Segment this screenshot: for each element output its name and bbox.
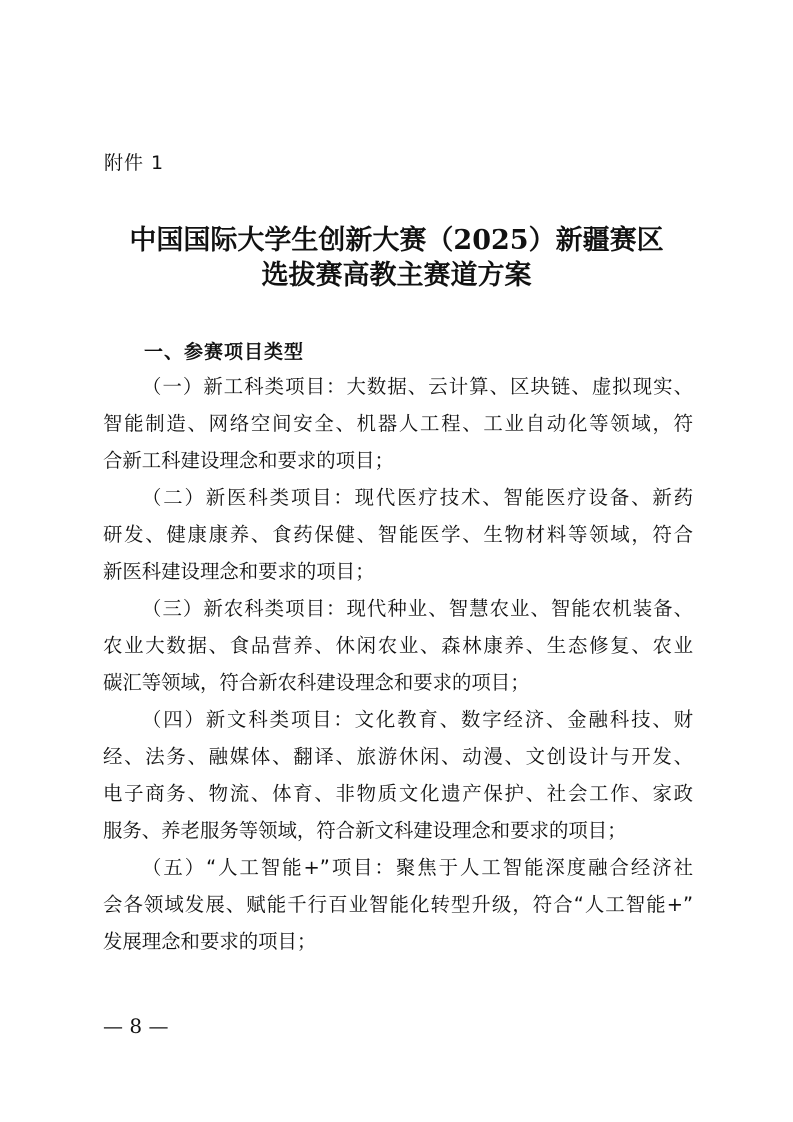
paragraph-line: （五）“人工智能+”项目：聚焦于人工智能深度融合经济社: [103, 849, 693, 886]
paragraph-line: 智能制造、网络空间安全、机器人工程、工业自动化等领域，符: [103, 405, 693, 442]
attachment-label: 附件 1: [104, 148, 164, 175]
paragraph-line: 电子商务、物流、体育、非物质文化遗产保护、社会工作、家政: [103, 775, 693, 812]
paragraph-line: 经、法务、融媒体、翻译、旅游休闲、动漫、文创设计与开发、: [103, 738, 693, 775]
paragraph-line: 会各领域发展、赋能千行百业智能化转型升级，符合“人工智能+”: [103, 886, 693, 923]
paragraph-new-liberal-arts: （四）新文科类项目：文化教育、数字经济、金融科技、财 经、法务、融媒体、翻译、旅…: [103, 701, 693, 849]
paragraph-line: 新医科建设理念和要求的项目；: [103, 553, 693, 590]
paragraph-line: 合新工科建设理念和要求的项目；: [103, 442, 693, 479]
paragraph-ai-plus: （五）“人工智能+”项目：聚焦于人工智能深度融合经济社 会各领域发展、赋能千行百…: [103, 849, 693, 960]
page-number: — 8 —: [103, 1014, 168, 1038]
paragraph-line: （三）新农科类项目：现代种业、智慧农业、智能农机装备、: [103, 590, 693, 627]
paragraph-line: （一）新工科类项目：大数据、云计算、区块链、虚拟现实、: [103, 368, 693, 405]
document-page: 附件 1 中国国际大学生创新大赛（2025）新疆赛区 选拔赛高教主赛道方案 一、…: [0, 0, 793, 1122]
paragraph-line: 服务、养老服务等领域，符合新文科建设理念和要求的项目；: [103, 812, 693, 849]
paragraph-line: 农业大数据、食品营养、休闲农业、森林康养、生态修复、农业: [103, 627, 693, 664]
document-title-line-1: 中国国际大学生创新大赛（2025）新疆赛区: [0, 218, 793, 257]
paragraph-new-medicine: （二）新医科类项目：现代医疗技术、智能医疗设备、新药 研发、健康康养、食药保健、…: [103, 479, 693, 590]
section-heading: 一、参赛项目类型: [144, 337, 304, 364]
paragraph-line: 研发、健康康养、食药保健、智能医学、生物材料等领域，符合: [103, 516, 693, 553]
paragraph-new-engineering: （一）新工科类项目：大数据、云计算、区块链、虚拟现实、 智能制造、网络空间安全、…: [103, 368, 693, 479]
paragraph-line: （四）新文科类项目：文化教育、数字经济、金融科技、财: [103, 701, 693, 738]
paragraph-new-agriculture: （三）新农科类项目：现代种业、智慧农业、智能农机装备、 农业大数据、食品营养、休…: [103, 590, 693, 701]
document-title-line-2: 选拔赛高教主赛道方案: [0, 253, 793, 292]
section-body: （一）新工科类项目：大数据、云计算、区块链、虚拟现实、 智能制造、网络空间安全、…: [103, 368, 693, 960]
paragraph-line: （二）新医科类项目：现代医疗技术、智能医疗设备、新药: [103, 479, 693, 516]
paragraph-line: 碳汇等领域，符合新农科建设理念和要求的项目；: [103, 664, 693, 701]
paragraph-line: 发展理念和要求的项目；: [103, 923, 693, 960]
